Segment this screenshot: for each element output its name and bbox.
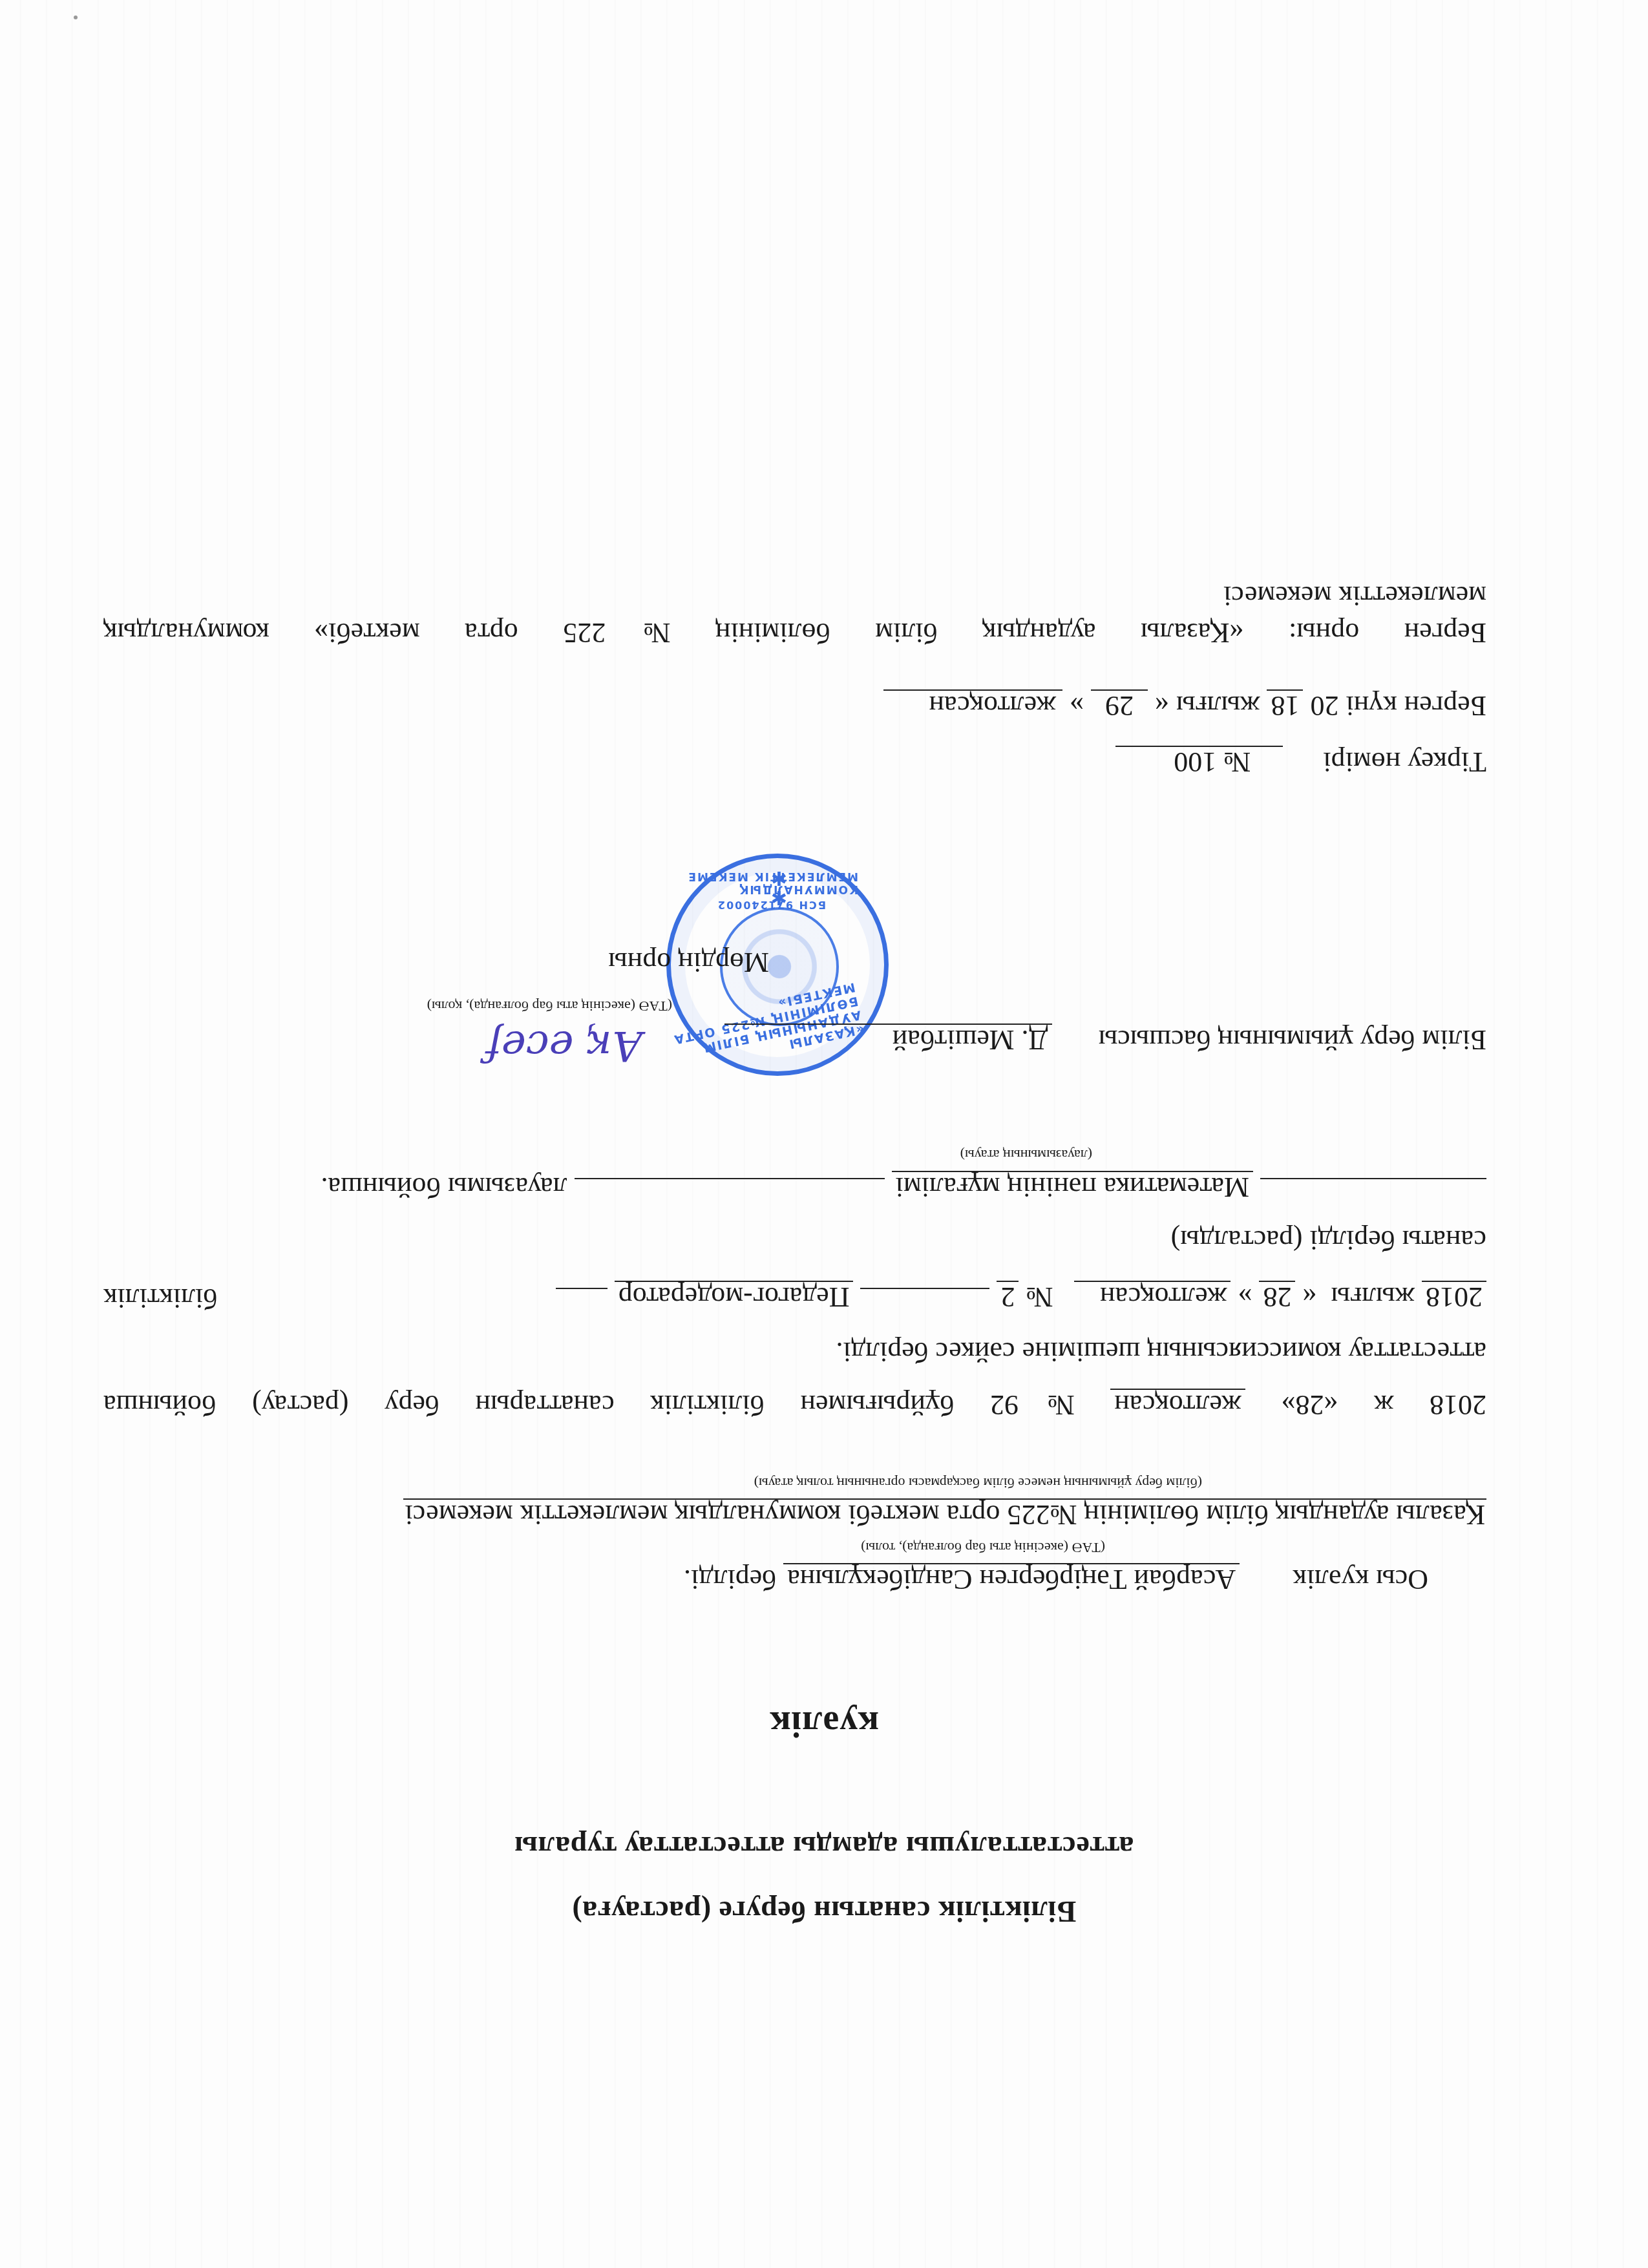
head-name: Д. Мешітбай <box>724 1024 1052 1055</box>
category-number: 2 <box>997 1281 1019 1312</box>
order-day: «28» <box>1281 1389 1338 1421</box>
issue-date-day-close: » <box>1070 690 1084 722</box>
issue-date-century: 20 <box>1311 690 1339 722</box>
position-name: Математика пәнінің мұғалімі <box>892 1171 1253 1202</box>
category-year-word: жылғы <box>1331 1281 1415 1313</box>
organization-name: Қазалы аудандық білім бөлімінің №225 орт… <box>403 1498 1486 1529</box>
issue-date-day: 29 <box>1091 689 1148 720</box>
scan-speck <box>74 16 78 19</box>
head-signature: Ақ ecef <box>486 1022 643 1069</box>
order-text: бұйрығымен біліктілік санаттарын беру (р… <box>103 1389 954 1421</box>
category-year: 2018 <box>1422 1281 1486 1312</box>
category-number-label: № <box>1026 1281 1053 1313</box>
registration-label: Тіркеу нөмірі <box>1323 746 1486 778</box>
stamp-star-icon: ✱ <box>771 886 787 908</box>
issue-date-year-word: жылғы <box>1176 690 1260 722</box>
registration-line: Тіркеу нөмірі № 100 <box>1115 746 1486 779</box>
category-name: Педагог-модератор <box>615 1281 854 1312</box>
order-month: желтоқсан <box>1110 1389 1245 1420</box>
issue-place-line1: Берген орны: «Қазалы аудандық білім бөлі… <box>103 616 1486 649</box>
recipient-prefix: Осы куәлік <box>1293 1564 1428 1595</box>
stamp-place-label: Мөрдің орны <box>608 946 769 979</box>
issue-date-month: желтоқсан <box>883 689 1062 720</box>
order-year-suffix: ж <box>1374 1389 1393 1421</box>
category-day: 28 <box>1259 1281 1295 1312</box>
head-caption: (ТАӘ (әкесінің аты бар болғанда), қолы) <box>427 998 672 1014</box>
issue-place-line2: мемлекеттік мекемесі <box>1223 580 1486 613</box>
category-line2: санаты берілді (расталды) <box>1171 1224 1486 1257</box>
order-number: №92 <box>990 1389 1075 1421</box>
category-line1: 2018 жылғы « 28 » желтоқсан № 2 Педагог-… <box>103 1281 1486 1315</box>
order-line2: аттестаттау комиссиясының шешіміне сәйке… <box>836 1336 1486 1369</box>
position-blank-2 <box>575 1178 885 1205</box>
position-caption: (лауазымының атауы) <box>960 1146 1092 1163</box>
position-blank-1 <box>1260 1178 1486 1205</box>
issue-place-text: «Қазалы аудандық білім бөлімінің №225 ор… <box>103 617 1244 649</box>
order-year: 2018 <box>1430 1389 1486 1421</box>
issue-date-year: 18 <box>1267 689 1304 720</box>
recipient-suffix: берілді. <box>684 1564 776 1595</box>
category-blank-1 <box>860 1288 989 1315</box>
category-day-open: « <box>1302 1281 1316 1313</box>
recipient-caption: (ТАӘ (әкесінің аты бар болғанда), толы) <box>861 1539 1105 1556</box>
order-line1: 2018 ж «28» желтоқсан №92 бұйрығымен біл… <box>103 1389 1486 1422</box>
position-line: Математика пәнінің мұғалімі лауазымы бой… <box>321 1171 1486 1205</box>
issue-date-day-open: « <box>1155 690 1169 722</box>
category-blank-2 <box>556 1288 607 1315</box>
recipient-name: Асарбай Тәңірберген Сандібекұлына <box>783 1563 1240 1594</box>
issue-date-line: Берген күні 20 18 жылғы « 29 » желтоқсан <box>883 689 1486 722</box>
document-type-heading: куәлік <box>0 1703 1648 1745</box>
category-day-close: » <box>1238 1281 1252 1313</box>
stamp-star-icon: ✱ <box>771 866 787 889</box>
document-title-line1: Біліктілік санатын беруге (растауға) <box>0 1895 1648 1929</box>
issue-place-label: Берген орны: <box>1289 617 1486 649</box>
recipient-line: Осы куәлік Асарбай Тәңірберген Сандібекұ… <box>684 1563 1428 1596</box>
organization-line: Қазалы аудандық білім бөлімінің №225 орт… <box>403 1498 1486 1531</box>
head-label: Білім беру ұйымының басшысы <box>1099 1024 1486 1056</box>
organization-caption: (білім беру ұйымының немесе білім басқар… <box>754 1475 1202 1491</box>
document-title-line2: аттестатталушы адамды аттестаттау туралы <box>0 1830 1648 1864</box>
category-month: желтоқсан <box>1074 1281 1231 1312</box>
head-line: Білім беру ұйымының басшысы Д. Мешітбай <box>724 1024 1486 1056</box>
stamp-inner-text: КОММУНАЛДЫҚ МЕМЛЕКЕТТІК МЕКЕМЕ <box>671 870 858 896</box>
issue-date-label: Берген күні <box>1346 690 1487 722</box>
position-suffix: лауазымы бойынша. <box>321 1171 567 1203</box>
category-suffix: біліктілік <box>103 1282 218 1315</box>
certificate-page: Біліктілік санатын беруге (растауға) атт… <box>0 0 1648 2268</box>
registration-number: № 100 <box>1115 746 1283 777</box>
